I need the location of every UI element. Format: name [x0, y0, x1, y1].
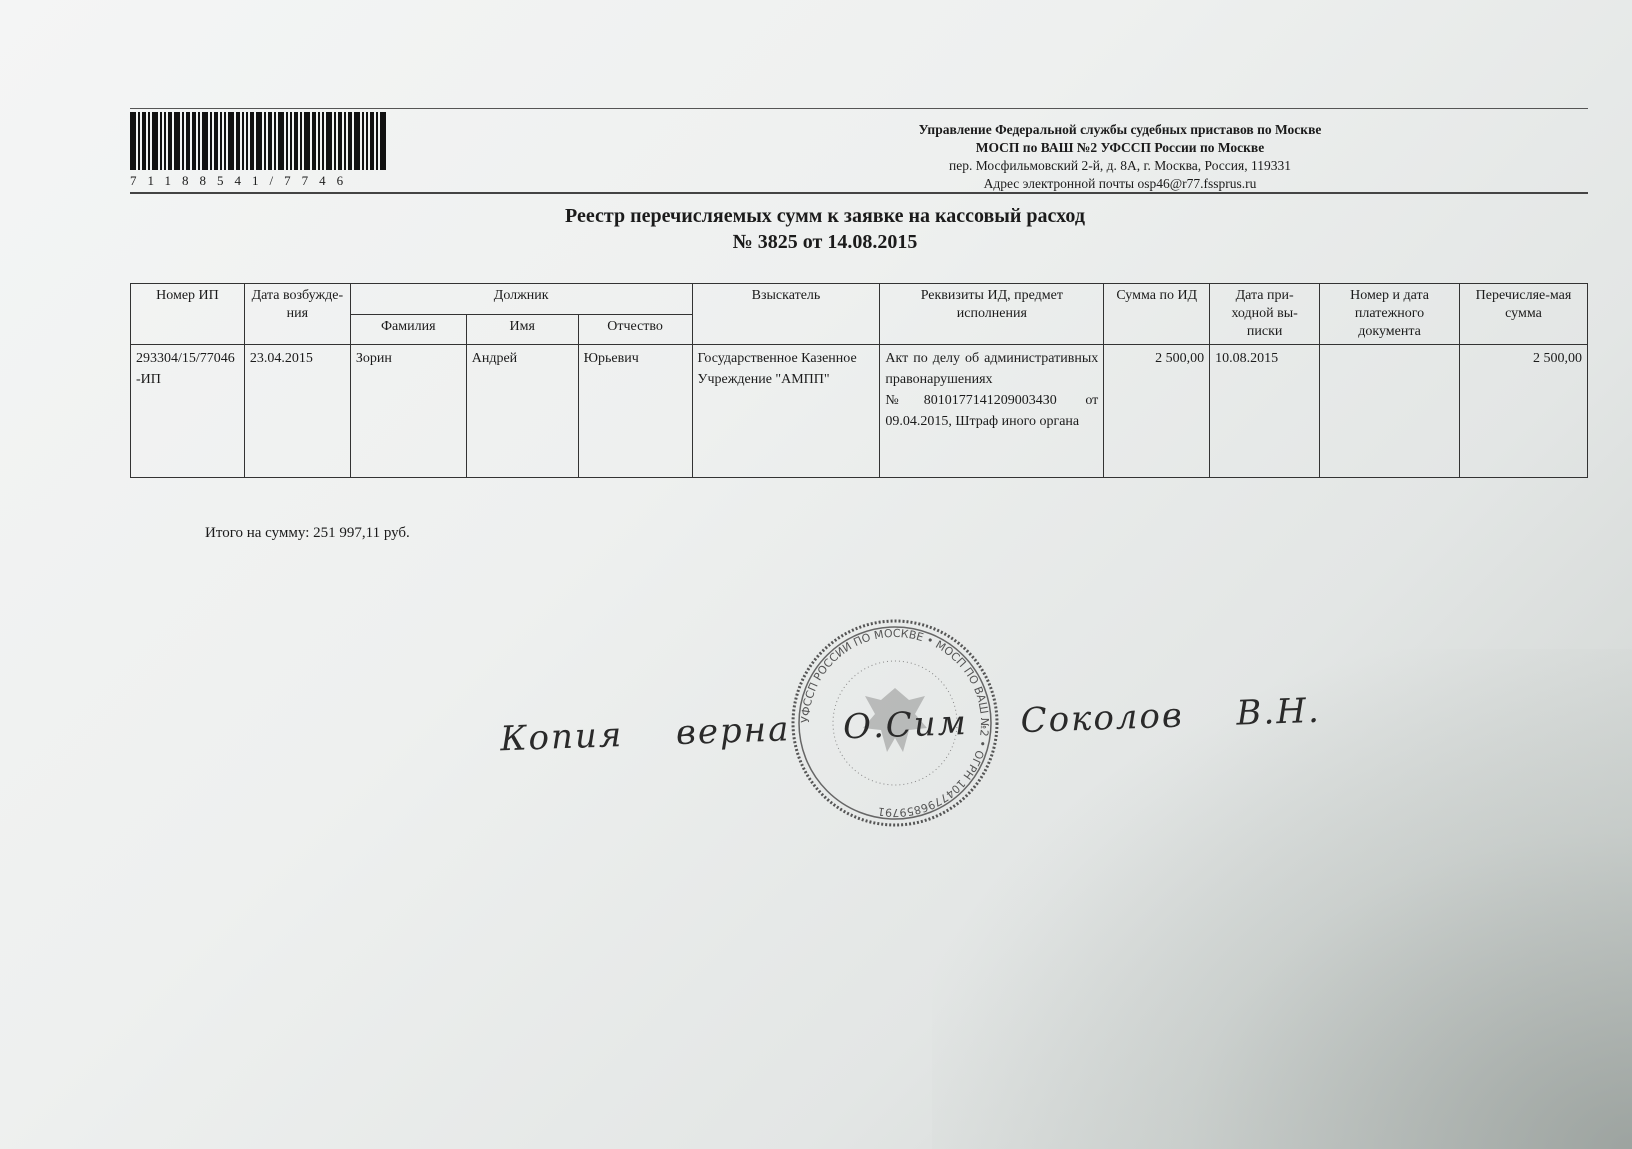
col-debtor: Должник: [350, 284, 692, 315]
title-line-2: № 3825 от 14.08.2015: [300, 229, 1350, 255]
col-patronymic: Отчество: [578, 314, 692, 345]
org-email: Адрес электронной почты osp46@r77.fsspru…: [840, 175, 1400, 193]
cell-claimant: Государственное Казенное Учреждение "АМП…: [692, 345, 880, 478]
barcode-number: 71188541/7746: [130, 173, 430, 189]
col-amount-id: Сумма по ИД: [1104, 284, 1210, 345]
cell-payment-doc: [1320, 345, 1460, 478]
col-surname: Фамилия: [350, 314, 466, 345]
col-requisites: Реквизиты ИД, предмет исполнения: [880, 284, 1104, 345]
cell-surname: Зорин: [350, 345, 466, 478]
total-sum: Итого на сумму: 251 997,11 руб.: [205, 525, 410, 542]
barcode-bars: [130, 112, 430, 170]
col-start-date: Дата возбужде-ния: [244, 284, 350, 345]
cell-requisites: Акт по делу об административных правонар…: [880, 345, 1104, 478]
document-title: Реестр перечисляемых сумм к заявке на ка…: [300, 203, 1350, 255]
header-row-1: Номер ИП Дата возбужде-ния Должник Взыск…: [131, 284, 1588, 315]
cell-amount-id: 2 500,00: [1104, 345, 1210, 478]
col-payment-doc: Номер и дата платежного документа: [1320, 284, 1460, 345]
org-address: пер. Мосфильмовский 2-й, д. 8А, г. Москв…: [840, 157, 1400, 175]
col-name: Имя: [466, 314, 578, 345]
col-claimant: Взыскатель: [692, 284, 880, 345]
org-department: МОСП по ВАШ №2 УФССП России по Москве: [840, 139, 1400, 157]
cell-transfer-amount: 2 500,00: [1459, 345, 1587, 478]
barcode: 71188541/7746: [130, 112, 430, 189]
title-line-1: Реестр перечисляемых сумм к заявке на ка…: [300, 203, 1350, 229]
organization-header: Управление Федеральной службы судебных п…: [840, 121, 1400, 193]
org-name: Управление Федеральной службы судебных п…: [840, 121, 1400, 139]
register-table: Номер ИП Дата возбужде-ния Должник Взыск…: [130, 283, 1588, 478]
header-rule-top: [130, 108, 1588, 109]
cell-start-date: 23.04.2015: [244, 345, 350, 478]
table-row: 293304/15/77046-ИП 23.04.2015 Зорин Андр…: [131, 345, 1588, 478]
cell-ip-number: 293304/15/77046-ИП: [131, 345, 245, 478]
cell-name: Андрей: [466, 345, 578, 478]
col-receipt-date: Дата при-ходной вы-писки: [1210, 284, 1320, 345]
col-transfer-amount: Перечисляе-мая сумма: [1459, 284, 1587, 345]
cell-receipt-date: 10.08.2015: [1210, 345, 1320, 478]
col-ip-number: Номер ИП: [131, 284, 245, 345]
cell-patronymic: Юрьевич: [578, 345, 692, 478]
